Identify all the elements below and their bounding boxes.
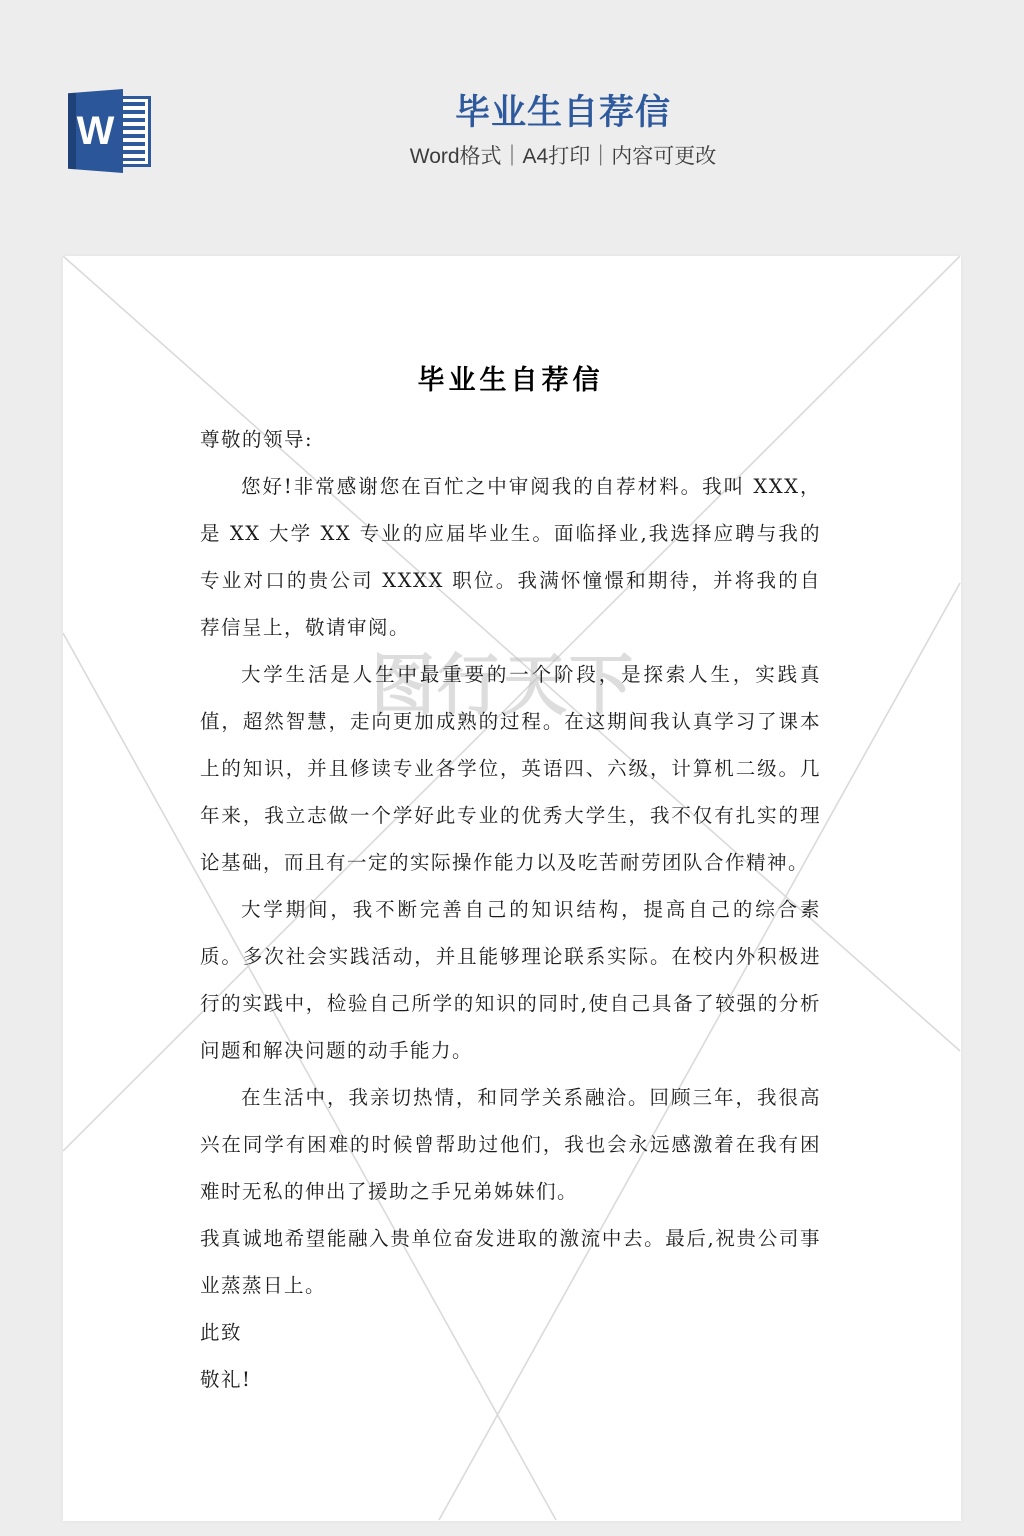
letter-content: 毕业生自荐信 尊敬的领导: 您好!非常感谢您在百忙之中审阅我的自荐材料。我叫 X… [63, 256, 961, 1403]
letter-closing-cizhi: 此致 [200, 1309, 821, 1356]
letter-paragraph-3: 大学期间，我不断完善自己的知识结构，提高自己的综合素质。多次社会实践活动，并且能… [200, 886, 821, 1074]
template-preview-screen: W 毕业生自荐信 Word格式｜A4打印｜内容可更改 图行天下 毕业生自荐信 尊… [0, 0, 1024, 1536]
word-icon-w-panel: W [68, 89, 123, 173]
page-subtitle: Word格式｜A4打印｜内容可更改 [160, 144, 966, 170]
word-icon-letter: W [77, 109, 115, 154]
letter-paragraph-1: 您好!非常感谢您在百忙之中审阅我的自荐材料。我叫 XXX，是 XX 大学 XX … [200, 463, 821, 651]
word-file-icon: W [60, 88, 156, 174]
letter-paragraph-2: 大学生活是人生中最重要的一个阶段，是探索人生，实践真值，超然智慧，走向更加成熟的… [200, 651, 821, 886]
header: W 毕业生自荐信 Word格式｜A4打印｜内容可更改 [0, 0, 1024, 257]
header-text-block: 毕业生自荐信 Word格式｜A4打印｜内容可更改 [160, 92, 966, 170]
letter-title: 毕业生自荐信 [200, 360, 821, 402]
letter-closing-jingli: 敬礼! [200, 1356, 821, 1403]
document-page: 图行天下 毕业生自荐信 尊敬的领导: 您好!非常感谢您在百忙之中审阅我的自荐材料… [63, 256, 961, 1521]
letter-paragraph-4: 在生活中，我亲切热情，和同学关系融洽。回顾三年，我很高兴在同学有困难的时候曾帮助… [200, 1074, 821, 1215]
page-title: 毕业生自荐信 [160, 92, 966, 134]
letter-salutation: 尊敬的领导: [200, 416, 821, 463]
letter-paragraph-5: 我真诚地希望能融入贵单位奋发进取的激流中去。最后,祝贵公司事业蒸蒸日上。 [200, 1215, 821, 1309]
